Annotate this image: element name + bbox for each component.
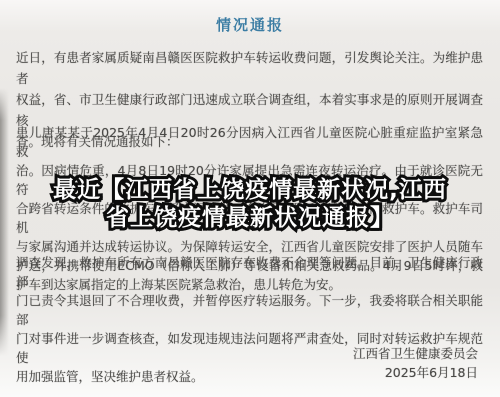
notice-signature: 江西省卫生健康委员会 2025年6月18日 (16, 344, 478, 382)
text-line: 患儿唐某某于2025年4月4日20时26分因病入江西省儿童医院心脏重症监护室紧急… (16, 123, 483, 161)
signature-org: 江西省卫生健康委员会 (16, 344, 478, 363)
overlay-caption: 最近【江西省上饶疫情最新状况,江西 最近【江西省上饶疫情最新状况,江西 省上饶疫… (0, 176, 500, 232)
overlay-caption-line-2: 省上饶疫情最新状况通报】 省上饶疫情最新状况通报】 (0, 204, 500, 232)
notice-title: 情况通报 (0, 14, 500, 35)
text-line: 门已责令其退回了不合理收费，并暂停医疗转运服务。下一步，我委将联合相关职能部 (16, 291, 483, 329)
notice-photo: 情况通报 近日，有患者家属质疑南昌赣医医院救护车转运收费问题，引发舆论关注。为维… (0, 0, 500, 397)
overlay-text-fill: 最近【江西省上饶疫情最新状况,江西 (0, 176, 500, 204)
overlay-caption-line-1: 最近【江西省上饶疫情最新状况,江西 最近【江西省上饶疫情最新状况,江西 (0, 176, 500, 204)
text-line: 近日，有患者家属质疑南昌赣医医院救护车转运收费问题，引发舆论关注。为维护患者 (16, 47, 483, 89)
overlay-text-fill: 省上饶疫情最新状况通报】 (0, 204, 500, 232)
signature-date: 2025年6月18日 (16, 363, 478, 382)
text-line: 调查发现，救护车所有方南昌赣医医院存在收费不合理等问题。目前，卫生健康行政部 (16, 253, 483, 291)
